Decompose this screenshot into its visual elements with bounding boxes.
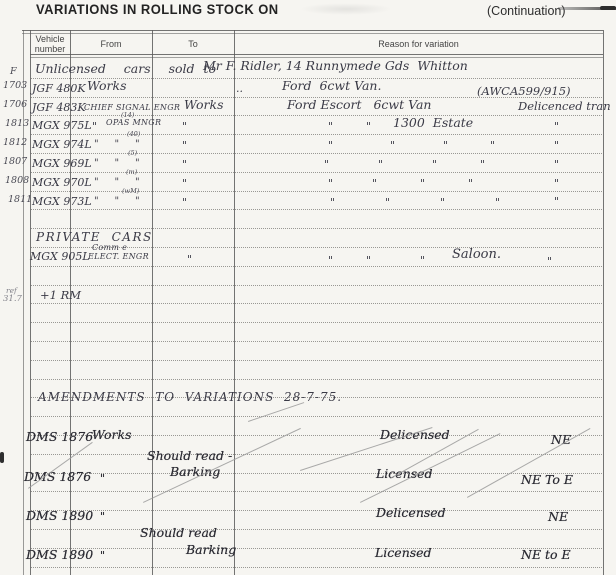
dotted-rule (31, 322, 602, 323)
pencil-smudge (300, 3, 392, 15)
ditto-mark: " (372, 178, 377, 189)
entry-private-cars-heading: PRIVATE CARS (36, 231, 153, 243)
entry-vehicle-dms1876: DMS 1876 (24, 471, 91, 484)
ditto-mark: " (480, 159, 485, 170)
dotted-rule (31, 153, 602, 154)
dotted-rule (31, 285, 602, 286)
table-line (30, 54, 603, 55)
ditto-mark: " (182, 197, 187, 208)
dotted-rule (31, 454, 602, 455)
dotted-rule (31, 379, 602, 380)
entry-should-read: Should read (140, 527, 217, 540)
dotted-rule (31, 416, 602, 417)
entry-reason-1703: Ford 6cwt Van. (282, 80, 381, 93)
ditto-mark: " (328, 178, 333, 189)
entry-vehicle-1813: MGX 975L (32, 120, 92, 131)
entry-note-dms1890: NE (548, 511, 568, 524)
dotted-rule (31, 529, 602, 530)
dotted-rule (31, 115, 602, 116)
entry-reason-905: Saloon. (452, 248, 501, 261)
superscript-note: (5) (128, 150, 137, 157)
dotted-rule (31, 172, 602, 173)
entry-reason-1706: Ford Escort 6cwt Van (287, 99, 431, 112)
ditto-mark: " (554, 121, 559, 132)
ditto-mark: " (182, 178, 187, 189)
ditto-mark: " (554, 159, 559, 170)
column-header-to: To (152, 39, 234, 49)
entry-should-read: Should read - (147, 450, 232, 463)
ditto-mark: " (554, 140, 559, 151)
entry-vehicle-dms1890: DMS 1890 (26, 510, 93, 523)
scan-artifact-mark (600, 6, 616, 10)
margin-number: F (10, 67, 17, 77)
entry-ridler-address: Mr F. Ridler, 14 Runnymede Gds Whitton (203, 60, 468, 73)
ditto-mark: " (187, 254, 192, 265)
dotted-rule (31, 491, 602, 492)
ditto-mark: " (366, 255, 371, 266)
ditto-mark: " (440, 197, 445, 208)
dotted-rule (31, 303, 602, 304)
margin-number: 1808 (5, 176, 29, 186)
entry-unlicensed-heading: Unlicensed cars sold to (35, 63, 216, 76)
superscript-note: (wM) (122, 188, 139, 195)
ditto-mark: " (390, 140, 395, 151)
entry-plus-one-rm: +1 RM (40, 290, 81, 302)
column-header-vehicle-number: Vehicle number (30, 34, 70, 54)
dotted-rule (31, 134, 602, 135)
margin-number: 1706 (3, 100, 27, 110)
ditto-mark: " (547, 256, 552, 267)
superscript-note: (14) (121, 112, 134, 119)
table-line (23, 30, 24, 575)
entry-vehicle-dms1876: DMS 1876 (26, 431, 93, 444)
ditto-mark: " (100, 511, 105, 522)
entry-note-1706: Delicenced tran (518, 101, 611, 113)
ditto-mark: " (443, 140, 448, 151)
entry-reason-1813: 1300 Estate (393, 117, 473, 130)
ditto-mark: " (330, 197, 335, 208)
margin-number: 1813 (5, 119, 29, 129)
ditto-mark: " (182, 140, 187, 151)
superscript-note: (m) (126, 169, 137, 176)
ditto-mark: " (420, 178, 425, 189)
ditto-mark: " (366, 121, 371, 132)
ditto-mark: " (324, 159, 329, 170)
scanned-ledger-page: VARIATIONS IN ROLLING STOCK ON (Continua… (0, 0, 616, 575)
entry-vehicle-905: MGX 905L (30, 251, 90, 262)
continuation-label: (Continuation) (487, 4, 566, 18)
entry-vehicle-1811: MGX 973L (32, 196, 92, 207)
table-line (22, 30, 603, 31)
ditto-mark: " (328, 140, 333, 151)
entry-reason-dms1890b: Licensed (375, 547, 432, 560)
margin-number: 1812 (3, 138, 27, 148)
ditto-mark: " (100, 550, 105, 561)
dotted-rule (31, 567, 602, 568)
scan-artifact-mark (0, 452, 4, 463)
entry-from-905-line1: Comm e (92, 244, 127, 252)
entry-to-dms1890: Barking (186, 544, 236, 557)
dotted-rule (31, 266, 602, 267)
margin-ref-number: 31.7 (3, 295, 22, 304)
entry-note-dms1890b: NE to E (521, 549, 571, 562)
column-header-reason: Reason for variation (234, 39, 603, 49)
superscript-note: (40) (127, 131, 140, 138)
ditto-mark: " (92, 121, 97, 132)
ditto-mark: " (100, 473, 105, 484)
dotted-rule (31, 191, 602, 192)
column-header-from: From (70, 39, 152, 49)
margin-number: 1703 (3, 81, 27, 91)
dotted-rule (31, 473, 602, 474)
ditto-mark: " (554, 196, 559, 207)
dotted-rule (31, 341, 602, 342)
ditto-mark: " (328, 121, 333, 132)
entry-vehicle-1808: MGX 970L (32, 177, 92, 188)
entry-vehicle-1812: MGX 974L (32, 139, 92, 150)
ditto-mark: " (182, 121, 187, 132)
entry-reference-1703: (AWCA599/915) (477, 86, 571, 98)
ditto-mark: " (432, 159, 437, 170)
dotted-rule (31, 360, 602, 361)
ditto-mark: " (554, 178, 559, 189)
pencil-check-line (467, 428, 590, 498)
ditto-marks: " " " (94, 197, 140, 207)
entry-from-dms1876: Works (92, 429, 132, 442)
ditto-mark: " (420, 255, 425, 266)
ditto-mark: " (385, 197, 390, 208)
entry-from-1703: Works (87, 80, 127, 93)
entry-vehicle-1807: MGX 969L (32, 158, 92, 169)
dotted-rule (31, 510, 602, 511)
ditto-mark: .. (236, 83, 243, 94)
ditto-mark: " (495, 197, 500, 208)
entry-reason-dms1890: Delicensed (376, 507, 446, 520)
margin-number: 1807 (3, 157, 27, 167)
ditto-mark: " (182, 159, 187, 170)
dotted-rule (31, 548, 602, 549)
margin-number: 1811 (8, 195, 32, 205)
entry-note-dms1876b: NE To E (521, 474, 573, 487)
entry-amendments-heading: AMENDMENTS TO VARIATIONS 28-7-75. (38, 391, 342, 403)
entry-to-1706: Works (184, 99, 224, 112)
table-line (22, 33, 603, 34)
ditto-mark: " (378, 159, 383, 170)
ditto-mark: " (328, 255, 333, 266)
ditto-mark: " (490, 140, 495, 151)
pencil-check-line (248, 402, 304, 422)
entry-vehicle-dms1890: DMS 1890 (26, 549, 93, 562)
ditto-mark: " (468, 178, 473, 189)
entry-from-1813: OPAS MNGR (106, 119, 161, 127)
dotted-rule (31, 209, 602, 210)
entry-from-905-line2: ELECT. ENGR (88, 253, 149, 261)
entry-vehicle-1706: JGF 483K (32, 102, 86, 113)
entry-vehicle-1703: JGF 480K (32, 83, 86, 94)
page-title: VARIATIONS IN ROLLING STOCK ON (36, 2, 279, 17)
